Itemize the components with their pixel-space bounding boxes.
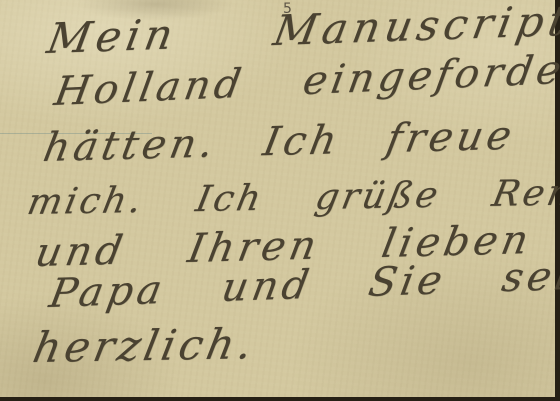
scanned-postcard: 5 Mein Manuscript Holland eingefordert h… [0, 0, 560, 401]
postcard-paper: 5 Mein Manuscript Holland eingefordert h… [0, 0, 555, 397]
handwriting-line-3: hätten. Ich freue [40, 113, 519, 171]
handwriting-line-7: herzlich. [29, 319, 260, 372]
handwriting-line-4: mich. Ich grüße Renée [24, 172, 560, 223]
